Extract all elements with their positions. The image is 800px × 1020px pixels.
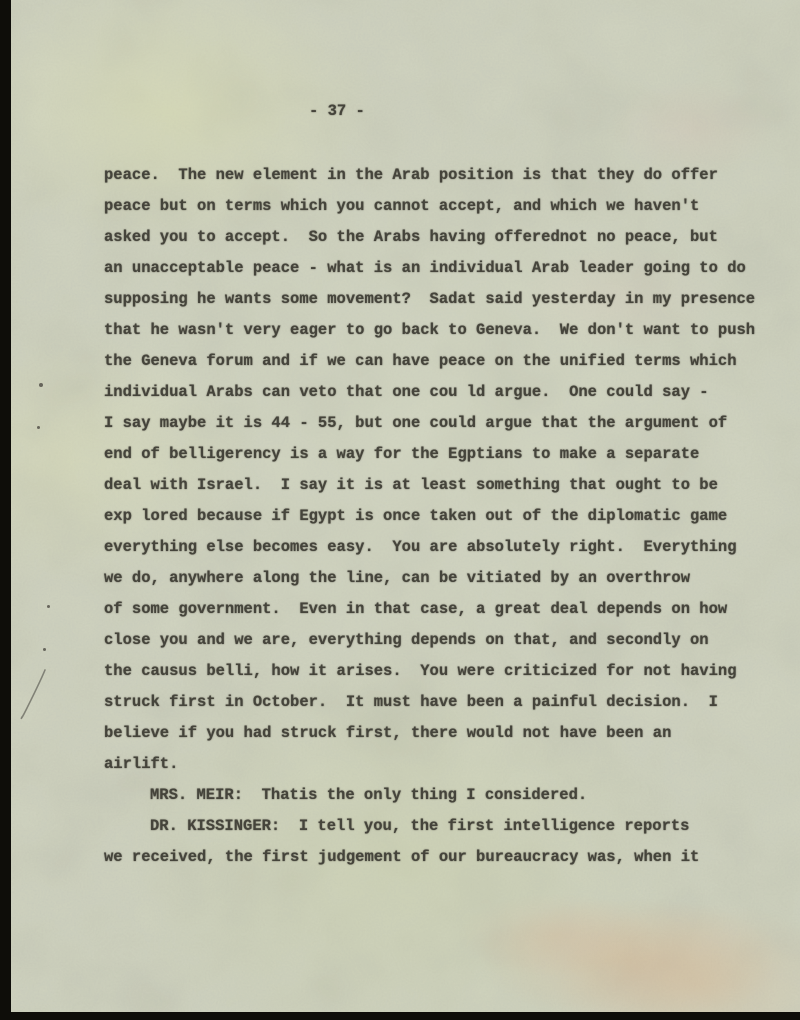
text-line: airlift. bbox=[104, 749, 779, 780]
text-line: of some government. Even in that case, a… bbox=[104, 594, 779, 625]
text-line: an unacceptable peace - what is an indiv… bbox=[104, 253, 779, 284]
margin-ink-dot bbox=[43, 648, 46, 651]
text-line: we received, the first judgement of our … bbox=[104, 842, 779, 873]
text-line: deal with Israel. I say it is at least s… bbox=[104, 470, 779, 501]
text-line: peace but on terms which you cannot acce… bbox=[104, 191, 779, 222]
text-line: supposing he wants some movement? Sadat … bbox=[104, 284, 779, 315]
typewritten-text: peace. The new element in the Arab posit… bbox=[104, 160, 779, 873]
margin-ink-dot bbox=[39, 383, 43, 387]
text-line: the Geneva forum and if we can have peac… bbox=[104, 346, 779, 377]
text-line: individual Arabs can veto that one cou l… bbox=[104, 377, 779, 408]
text-line: asked you to accept. So the Arabs having… bbox=[104, 222, 779, 253]
text-line: end of belligerency is a way for the Egp… bbox=[104, 439, 779, 470]
text-line: I say maybe it is 44 - 55, but one could… bbox=[104, 408, 779, 439]
text-line: MRS. MEIR: Thatis the only thing I consi… bbox=[104, 780, 779, 811]
text-line: exp lored because if Egypt is once taken… bbox=[104, 501, 779, 532]
margin-ink-dot bbox=[37, 426, 40, 429]
text-line: the causus belli, how it arises. You wer… bbox=[104, 656, 779, 687]
text-line: close you and we are, everything depends… bbox=[104, 625, 779, 656]
page-number: - 37 - bbox=[309, 96, 365, 127]
text-line: believe if you had struck first, there w… bbox=[104, 718, 779, 749]
pen-slash-mark bbox=[13, 664, 53, 730]
document-page: - 37 - peace. The new element in the Ara… bbox=[11, 0, 800, 1012]
text-line: peace. The new element in the Arab posit… bbox=[104, 160, 779, 191]
text-line: struck first in October. It must have be… bbox=[104, 687, 779, 718]
text-line: DR. KISSINGER: I tell you, the first int… bbox=[104, 811, 779, 842]
text-line: we do, anywhere along the line, can be v… bbox=[104, 563, 779, 594]
margin-ink-dot bbox=[47, 605, 50, 608]
text-line: that he wasn't very eager to go back to … bbox=[104, 315, 779, 346]
text-line: everything else becomes easy. You are ab… bbox=[104, 532, 779, 563]
